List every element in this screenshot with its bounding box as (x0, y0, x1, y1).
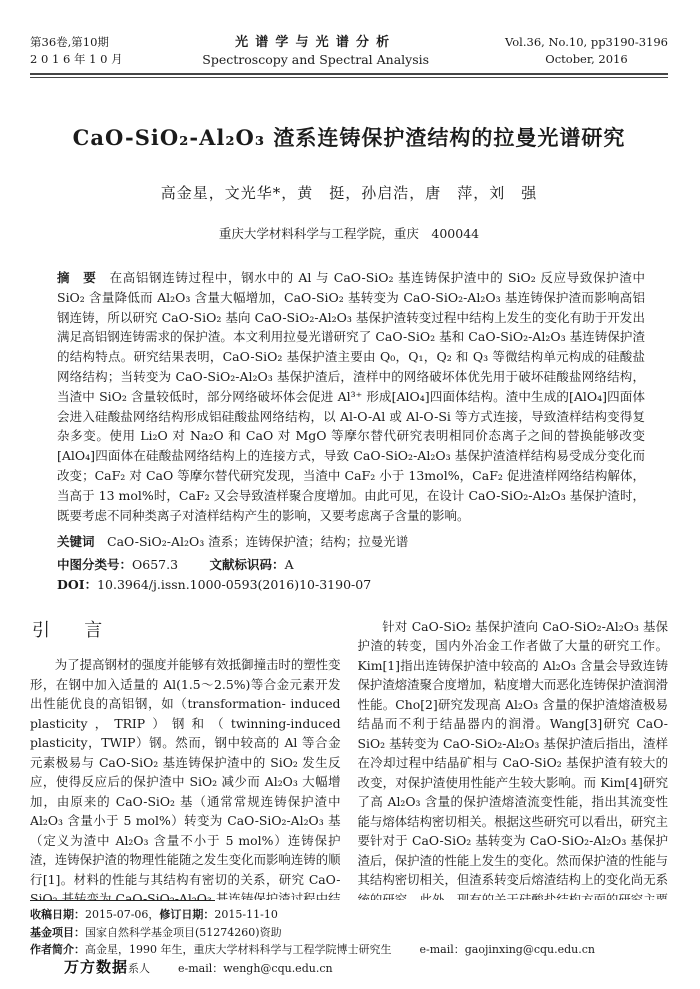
journal-name-cn: 光谱学与光谱分析 (202, 34, 429, 51)
revised-label: 修订日期： (159, 908, 214, 921)
abstract-label: 摘 要 (57, 270, 96, 285)
abstract-text: 在高铝钢连铸过程中，钢水中的 Al 与 CaO-SiO₂ 基连铸保护渣中的 Si… (57, 270, 645, 523)
wanfang-watermark: 万方数据 (64, 958, 128, 976)
meta-line: 中图分类号：O657.3 文献标识码：A DOI：10.3964/j.issn.… (57, 555, 645, 595)
doi-value: 10.3964/j.issn.1000-0593(2016)10-3190-07 (97, 577, 371, 592)
introduction-heading: 引 言 (32, 621, 341, 641)
date-cn: 2016年10月 (30, 51, 126, 68)
dates-line: 收稿日期：2015-07-06，修订日期：2015-11-10 (30, 906, 668, 924)
fund-line: 基金项目：国家自然科学基金项目(51274260)资助 (30, 924, 668, 942)
received-value: 2015-07-06， (85, 908, 159, 921)
left-column: 引 言 为了提高钢材的强度并能够有效抵御撞击时的塑性变形，在钢中加入适量的 Al… (30, 617, 341, 931)
authors-line: 高金星，文光华*，黄 挺，孙启浩，唐 萍，刘 强 (30, 182, 668, 203)
keywords-line: 关键词CaO-SiO₂-Al₂O₃ 渣系；连铸保护渣；结构；拉曼光谱 (57, 532, 645, 552)
affiliation-line: 重庆大学材料科学与工程学院，重庆 400044 (30, 224, 668, 242)
fund-label: 基金项目： (30, 926, 85, 939)
doi-item: DOI：10.3964/j.issn.1000-0593(2016)10-319… (57, 577, 371, 592)
right-column: 针对 CaO-SiO₂ 基保护渣向 CaO-SiO₂-Al₂O₃ 基保护渣的转变… (358, 617, 669, 931)
doc-code-label: 文献标识码： (210, 557, 285, 572)
biography-line: 作者简介：高金星，1990 年生，重庆大学材料科学与工程学院博士研究生e-mai… (30, 941, 668, 959)
body-columns: 引 言 为了提高钢材的强度并能够有效抵御撞击时的塑性变形，在钢中加入适量的 Al… (30, 617, 668, 931)
doc-code-item: 文献标识码：A (210, 557, 294, 572)
bio-email: e-mail：gaojinxing@cqu.edu.cn (420, 943, 596, 956)
revised-value: 2015-11-10 (214, 908, 277, 921)
doc-code-value: A (285, 557, 294, 572)
keywords-text: CaO-SiO₂-Al₂O₃ 渣系；连铸保护渣；结构；拉曼光谱 (107, 534, 408, 549)
journal-name: 光谱学与光谱分析 Spectroscopy and Spectral Analy… (202, 34, 429, 68)
bio-value: 高金星，1990 年生，重庆大学材料科学与工程学院博士研究生 (85, 943, 392, 956)
corresponding-line: 万方数据系人e-mail：wengh@cqu.edu.cn (64, 959, 668, 978)
clc-item: 中图分类号：O657.3 (57, 557, 178, 572)
clc-label: 中图分类号： (57, 557, 132, 572)
doi-label: DOI： (57, 577, 97, 592)
paper-page: 第36卷,第10期 2016年10月 光谱学与光谱分析 Spectroscopy… (0, 0, 700, 989)
header-citation: Vol.36, No.10, pp3190-3196 October, 2016 (505, 34, 668, 68)
footnote-divider (30, 900, 215, 901)
corresponding-text: 系人 (128, 962, 150, 975)
volume-pages-en: Vol.36, No.10, pp3190-3196 (505, 34, 668, 51)
intro-paragraph-right: 针对 CaO-SiO₂ 基保护渣向 CaO-SiO₂-Al₂O₃ 基保护渣的转变… (358, 617, 669, 931)
journal-name-en: Spectroscopy and Spectral Analysis (202, 51, 429, 68)
page-title: CaO-SiO₂-Al₂O₃ 渣系连铸保护渣结构的拉曼光谱研究 (30, 122, 668, 152)
clc-value: O657.3 (132, 557, 178, 572)
keywords-label: 关键词 (57, 534, 95, 549)
corresponding-email: e-mail：wengh@cqu.edu.cn (178, 962, 333, 975)
fund-value: 国家自然科学基金项目(51274260)资助 (85, 926, 282, 939)
journal-header: 第36卷,第10期 2016年10月 光谱学与光谱分析 Spectroscopy… (30, 34, 668, 68)
header-volume-issue: 第36卷,第10期 2016年10月 (30, 34, 126, 68)
bio-label: 作者简介： (30, 943, 85, 956)
header-divider (30, 73, 668, 78)
date-en: October, 2016 (505, 51, 668, 68)
intro-paragraph-left: 为了提高钢材的强度并能够有效抵御撞击时的塑性变形，在钢中加入适量的 Al(1.5… (30, 655, 341, 931)
footnote-block: 收稿日期：2015-07-06，修订日期：2015-11-10 基金项目：国家自… (30, 900, 668, 977)
volume-issue-cn: 第36卷,第10期 (30, 34, 126, 51)
received-label: 收稿日期： (30, 908, 85, 921)
abstract-paragraph: 摘 要 在高铝钢连铸过程中，钢水中的 Al 与 CaO-SiO₂ 基连铸保护渣中… (57, 268, 645, 525)
